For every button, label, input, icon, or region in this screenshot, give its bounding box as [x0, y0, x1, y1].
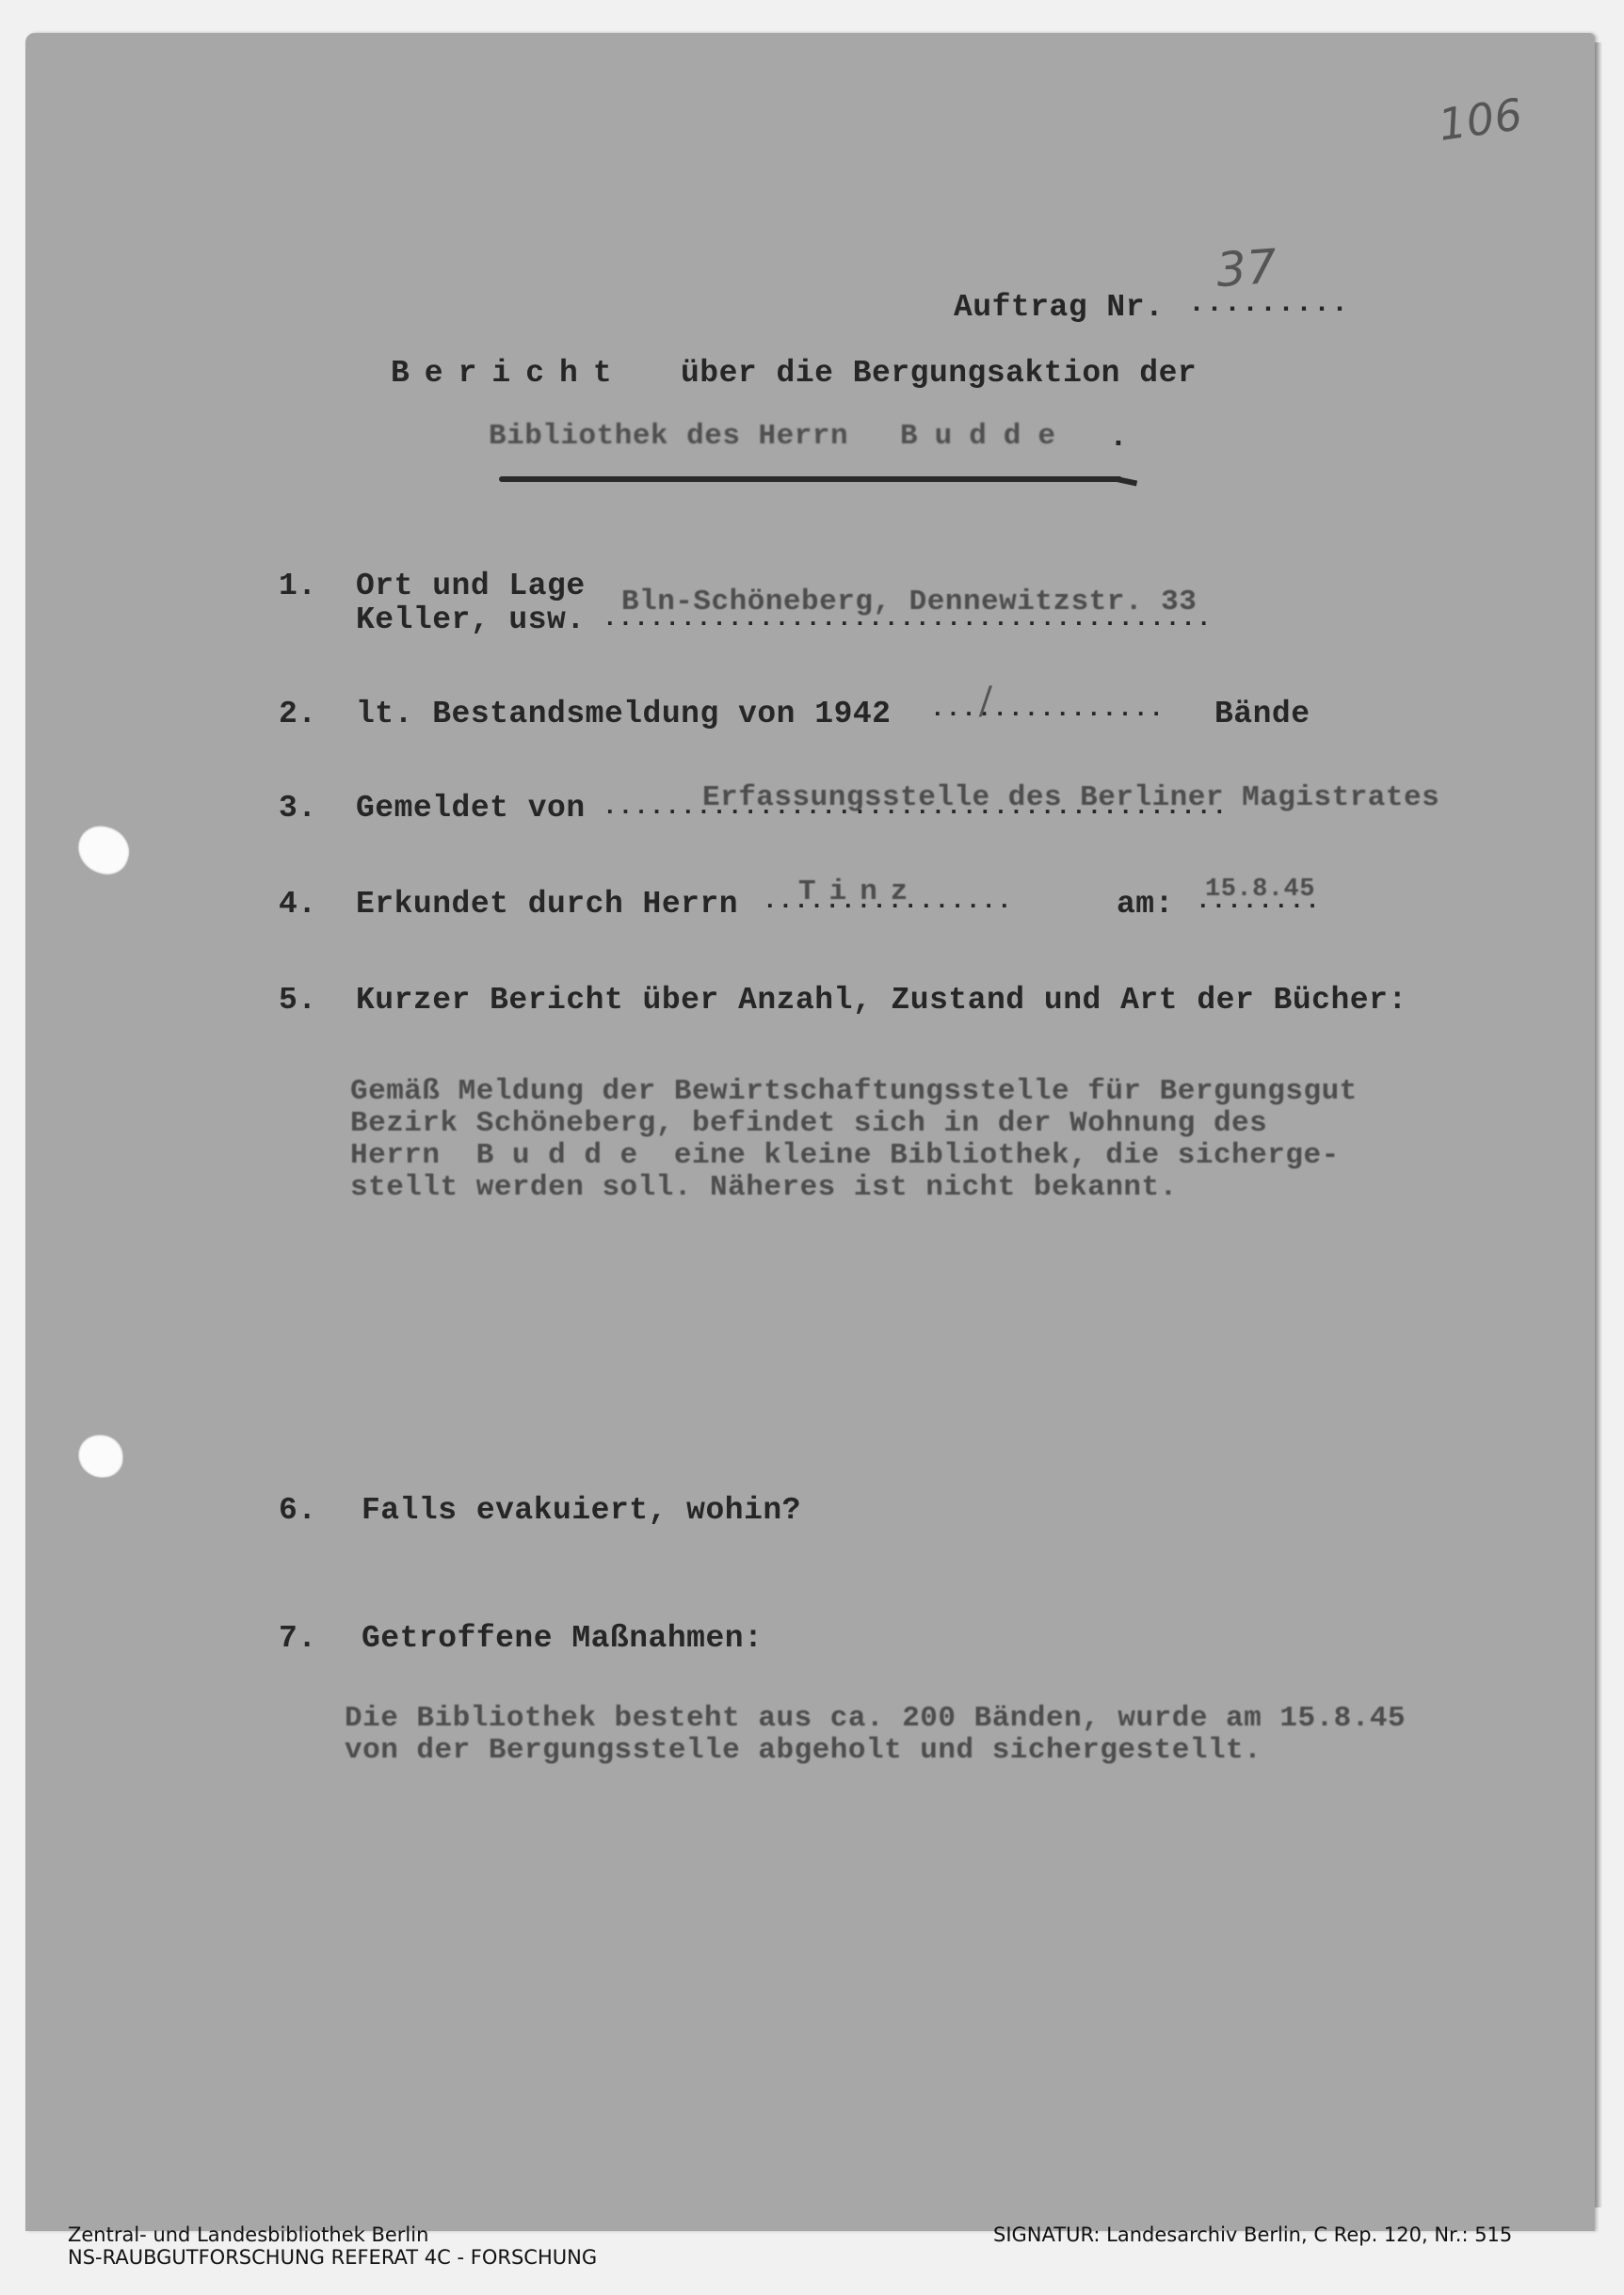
item-7-number: 7. [279, 1621, 317, 1656]
item-3-label: Gemeldet von [356, 791, 586, 826]
item-5-label: Kurzer Bericht über Anzahl, Zustand und … [356, 983, 1407, 1018]
item-2-suffix: Bände [1214, 697, 1310, 731]
item-4-number: 4. [279, 887, 317, 922]
item-1-label-line1: Ort und Lage [356, 569, 586, 603]
footer-department: NS-RAUBGUTFORSCHUNG REFERAT 4C - FORSCHU… [68, 2246, 597, 2269]
title-underline [499, 476, 1122, 482]
item-1-label-line2: Keller, usw. [356, 602, 586, 637]
item-7-body-line2: von der Bergungsstelle abgeholt und sich… [345, 1734, 1262, 1767]
item-5-body-line2: Bezirk Schöneberg, befindet sich in der … [350, 1107, 1267, 1140]
item-7-label: Getroffene Maßnahmen: [362, 1621, 763, 1656]
item-4-date-value: 15.8.45 [1205, 875, 1315, 904]
item-5-body-line4: stellt werden soll. Näheres ist nicht be… [350, 1171, 1178, 1204]
item-3-dots: ........................................ [603, 793, 1228, 821]
item-6-number: 6. [279, 1493, 317, 1528]
item-3-number: 3. [279, 791, 317, 826]
item-1-number: 1. [279, 569, 317, 603]
subtitle-prefix: Bibliothek des Herrn [489, 420, 848, 453]
item-2-dots: ............... [930, 695, 1165, 723]
item-2-label: lt. Bestandsmeldung von 1942 [356, 697, 892, 731]
item-5-body-line1: Gemäß Meldung der Bewirtschaftungsstelle… [350, 1075, 1358, 1108]
subtitle-name: Budde [900, 420, 1072, 453]
item-6-label: Falls evakuiert, wohin? [362, 1493, 801, 1528]
item-4-dots: ................ [763, 887, 1013, 915]
item-5-body-line3: Herrn B u d d e eine kleine Bibliothek, … [350, 1139, 1340, 1172]
order-label: Auftrag Nr. [954, 290, 1164, 325]
subtitle-end: . [1109, 420, 1128, 455]
footer-library-name: Zentral- und Landesbibliothek Berlin [68, 2223, 428, 2246]
order-number-handwritten: 37 [1214, 239, 1279, 297]
punch-hole-lower [78, 1435, 123, 1478]
title-spaced-word: Bericht [391, 356, 627, 391]
title-rest: über die Bergungsaktion der [681, 356, 1197, 391]
item-5-number: 5. [279, 983, 317, 1018]
item-4-date-label: am: [1117, 887, 1174, 922]
item-4-label: Erkundet durch Herrn [356, 887, 738, 922]
footer-signature: SIGNATUR: Landesarchiv Berlin, C Rep. 12… [993, 2223, 1512, 2246]
item-1-dots: ....................................... [603, 604, 1213, 633]
item-2-number: 2. [279, 697, 317, 731]
item-7-body-line1: Die Bibliothek besteht aus ca. 200 Bände… [345, 1702, 1406, 1735]
